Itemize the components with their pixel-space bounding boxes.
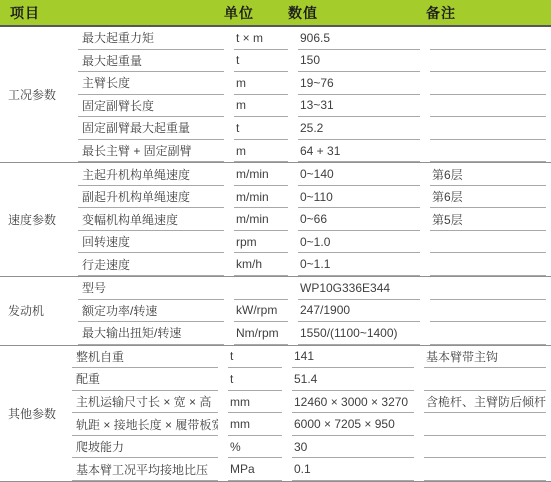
spec-remark	[430, 253, 546, 276]
table-header-row: 项目 单位 数值 备注	[0, 0, 551, 27]
spec-remark: 第5层	[430, 208, 546, 231]
spec-item: 固定副臂最大起重量	[78, 117, 224, 140]
spec-item: 变幅机构单绳速度	[78, 208, 224, 231]
section-rows: 型号 WP10G336E344 额定功率/转速 kW/rpm 247/1900 …	[78, 277, 551, 345]
spec-unit: t	[234, 50, 288, 73]
spec-value: 0~1.0	[298, 231, 420, 254]
spec-item: 整机自重	[72, 346, 218, 369]
table-row: 基本臂工况平均接地比压 MPa 0.1	[72, 458, 551, 481]
spec-value: 64 + 31	[298, 140, 420, 163]
section-engine: 发动机 型号 WP10G336E344 额定功率/转速 kW/rpm 247/1…	[0, 276, 551, 345]
spec-remark	[430, 140, 546, 163]
table-row: 固定副臂最大起重量 t 25.2	[78, 117, 551, 140]
table-row: 最长主臂 + 固定副臂 m 64 + 31	[78, 140, 551, 163]
column-header-unit: 单位	[224, 3, 288, 23]
column-header-value: 数值	[288, 3, 420, 23]
spec-item: 轨距 × 接地长度 × 履带板宽度	[72, 413, 218, 436]
spec-remark	[430, 231, 546, 254]
spec-unit: mm	[228, 413, 282, 436]
spec-remark	[430, 277, 546, 300]
table-row: 整机自重 t 141 基本臂带主钩	[72, 346, 551, 369]
table-row: 主臂长度 m 19~76	[78, 72, 551, 95]
spec-value: 1550/(1100~1400)	[298, 322, 420, 345]
spec-item: 主起升机构单绳速度	[78, 163, 224, 186]
spec-remark: 含桅杆、主臂防后倾杆	[424, 391, 546, 414]
spec-table: 项目 单位 数值 备注 工况参数 最大起重力矩 t × m 906.5 最大起重…	[0, 0, 551, 482]
column-header-remark: 备注	[420, 3, 551, 23]
spec-value: 150	[298, 50, 420, 73]
section-rows: 主起升机构单绳速度 m/min 0~140 第6层 副起升机构单绳速度 m/mi…	[78, 163, 551, 276]
spec-unit: Nm/rpm	[234, 322, 288, 345]
spec-remark	[430, 117, 546, 140]
table-row: 爬坡能力 % 30	[72, 436, 551, 459]
spec-value: WP10G336E344	[298, 277, 420, 300]
table-row: 额定功率/转速 kW/rpm 247/1900	[78, 300, 551, 323]
spec-unit: km/h	[234, 253, 288, 276]
spec-remark	[430, 95, 546, 118]
column-header-item: 项目	[0, 3, 224, 23]
spec-item: 回转速度	[78, 231, 224, 254]
spec-item: 额定功率/转速	[78, 300, 224, 323]
spec-item: 最大起重量	[78, 50, 224, 73]
table-row: 配重 t 51.4	[72, 368, 551, 391]
table-row: 最大起重力矩 t × m 906.5	[78, 27, 551, 50]
spec-unit: rpm	[234, 231, 288, 254]
spec-item: 型号	[78, 277, 224, 300]
spec-unit: t	[228, 368, 282, 391]
spec-unit: t × m	[234, 27, 288, 50]
spec-value: 30	[292, 436, 414, 459]
table-row: 轨距 × 接地长度 × 履带板宽度 mm 6000 × 7205 × 950	[72, 413, 551, 436]
spec-remark: 第6层	[430, 163, 546, 186]
spec-unit: m	[234, 72, 288, 95]
spec-unit: m/min	[234, 163, 288, 186]
spec-item: 主机运输尺寸长 × 宽 × 高	[72, 391, 218, 414]
spec-unit: m	[234, 95, 288, 118]
spec-remark	[430, 50, 546, 73]
spec-item: 副起升机构单绳速度	[78, 186, 224, 209]
spec-value: 6000 × 7205 × 950	[292, 413, 414, 436]
spec-value: 141	[292, 346, 414, 369]
spec-value: 0.1	[292, 458, 414, 481]
table-row: 回转速度 rpm 0~1.0	[78, 231, 551, 254]
spec-unit: m/min	[234, 208, 288, 231]
spec-value: 12460 × 3000 × 3270	[292, 391, 414, 414]
category-label: 工况参数	[0, 27, 78, 162]
spec-unit: m	[234, 140, 288, 163]
category-label: 其他参数	[0, 346, 72, 481]
spec-value: 0~140	[298, 163, 420, 186]
spec-unit: t	[234, 117, 288, 140]
category-label: 发动机	[0, 277, 78, 345]
spec-value: 19~76	[298, 72, 420, 95]
spec-item: 最长主臂 + 固定副臂	[78, 140, 224, 163]
spec-item: 最大起重力矩	[78, 27, 224, 50]
spec-unit: m/min	[234, 186, 288, 209]
spec-value: 51.4	[292, 368, 414, 391]
spec-remark: 第6层	[430, 186, 546, 209]
table-row: 变幅机构单绳速度 m/min 0~66 第5层	[78, 208, 551, 231]
table-row: 行走速度 km/h 0~1.1	[78, 253, 551, 276]
table-row: 固定副臂长度 m 13~31	[78, 95, 551, 118]
spec-value: 0~110	[298, 186, 420, 209]
spec-value: 25.2	[298, 117, 420, 140]
section-working-condition: 工况参数 最大起重力矩 t × m 906.5 最大起重量 t 150 主臂长度…	[0, 27, 551, 162]
spec-remark	[430, 300, 546, 323]
spec-remark	[424, 368, 546, 391]
spec-value: 13~31	[298, 95, 420, 118]
spec-remark	[430, 322, 546, 345]
table-row: 副起升机构单绳速度 m/min 0~110 第6层	[78, 186, 551, 209]
table-row: 主起升机构单绳速度 m/min 0~140 第6层	[78, 163, 551, 186]
spec-item: 最大输出扭矩/转速	[78, 322, 224, 345]
section-rows: 最大起重力矩 t × m 906.5 最大起重量 t 150 主臂长度 m 19…	[78, 27, 551, 162]
spec-remark	[424, 436, 546, 459]
spec-unit: MPa	[228, 458, 282, 481]
spec-item: 配重	[72, 368, 218, 391]
section-speed: 速度参数 主起升机构单绳速度 m/min 0~140 第6层 副起升机构单绳速度…	[0, 162, 551, 276]
section-other: 其他参数 整机自重 t 141 基本臂带主钩 配重 t 51.4 主机运输尺寸长…	[0, 345, 551, 481]
spec-item: 爬坡能力	[72, 436, 218, 459]
spec-unit: kW/rpm	[234, 300, 288, 323]
table-row: 最大起重量 t 150	[78, 50, 551, 73]
spec-remark	[430, 27, 546, 50]
spec-unit: t	[228, 346, 282, 369]
spec-remark	[430, 72, 546, 95]
section-rows: 整机自重 t 141 基本臂带主钩 配重 t 51.4 主机运输尺寸长 × 宽 …	[72, 346, 551, 481]
spec-value: 0~66	[298, 208, 420, 231]
table-row: 最大输出扭矩/转速 Nm/rpm 1550/(1100~1400)	[78, 322, 551, 345]
spec-remark: 基本臂带主钩	[424, 346, 546, 369]
spec-remark	[424, 413, 546, 436]
spec-item: 主臂长度	[78, 72, 224, 95]
table-row: 型号 WP10G336E344	[78, 277, 551, 300]
spec-item: 行走速度	[78, 253, 224, 276]
spec-item: 基本臂工况平均接地比压	[72, 458, 218, 481]
spec-unit: %	[228, 436, 282, 459]
spec-value: 0~1.1	[298, 253, 420, 276]
spec-unit: mm	[228, 391, 282, 414]
spec-value: 247/1900	[298, 300, 420, 323]
spec-value: 906.5	[298, 27, 420, 50]
table-row: 主机运输尺寸长 × 宽 × 高 mm 12460 × 3000 × 3270 含…	[72, 391, 551, 414]
spec-unit	[234, 277, 288, 300]
category-label: 速度参数	[0, 163, 78, 276]
spec-remark	[424, 458, 546, 481]
spec-item: 固定副臂长度	[78, 95, 224, 118]
